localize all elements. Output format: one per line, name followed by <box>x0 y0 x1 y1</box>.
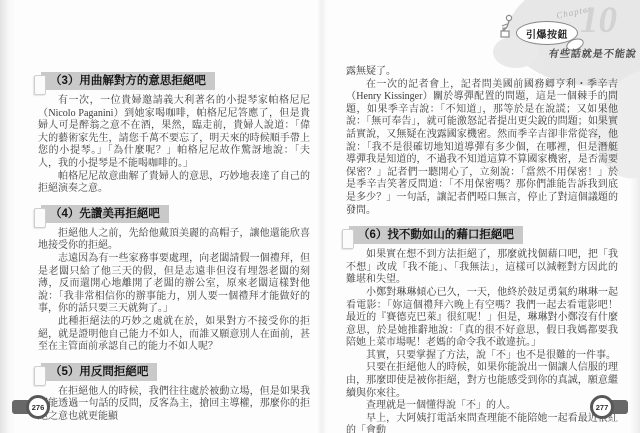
series-title-label: 引爆按鈕 <box>526 26 568 41</box>
paragraph: 小鄭對琳琳傾心已久，一天，他終於鼓足勇氣約琳琳一起看電影：「妳這個禮拜六晚上有空… <box>346 287 618 350</box>
paragraph: 如果實在想不到方法拒絕了，那麼就找個藉口吧，把「我不想」改成「我不能」、「我無法… <box>346 249 618 287</box>
chapter-title: 有些話就是不能說 <box>548 45 638 60</box>
page-number: 277 <box>590 395 614 419</box>
detonator-figure-icon <box>498 14 518 45</box>
continuation-line: 露無疑了。 <box>346 66 618 79</box>
section-heading-6: （6）找不動如山的藉口拒絕吧 <box>349 226 523 244</box>
right-page-text-column: 露無疑了。 在一次的記者會上，記者問美國前國務卿亨利・季辛吉（Henry Kis… <box>346 66 618 433</box>
page-number-badge-right: 277 <box>578 395 628 419</box>
left-page-text-column: （3）用曲解對方的意思拒絕吧 有一次，一位貴婦邀請義大利著名的小提琴家帕格尼尼（… <box>38 68 310 423</box>
paragraph: 其實，只要掌握了方法，說「不」也不是很難的一件事。 <box>346 350 618 363</box>
chapter-number: 10 <box>580 2 617 39</box>
page-number-badge-left: 276 <box>12 395 62 419</box>
paragraph: 帕格尼尼故意曲解了貴婦人的意思，巧妙地表達了自己的拒絕演奏之意。 <box>38 171 310 196</box>
section-heading-5: （5）用反問拒絕吧 <box>41 363 157 381</box>
paragraph: 有一次，一位貴婦邀請義大利著名的小提琴家帕格尼尼（Nicolo Paganini… <box>38 95 310 171</box>
series-title-bubble: 引爆按鈕 <box>516 21 578 45</box>
section-heading-3: （3）用曲解對方的意思拒絕吧 <box>41 72 215 90</box>
paragraph: 在拒絕他人的時候，我們往往處於被動立場，但是如果我們能透過一句話的反問，反客為主… <box>38 386 310 424</box>
paragraph: 在一次的記者會上，記者問美國前國務卿亨利・季辛吉（Henry Kissinger… <box>346 79 618 218</box>
page-number: 276 <box>26 395 50 419</box>
page-left-edge-shadow <box>0 0 16 433</box>
paragraph: 此種拒絕法的巧妙之處就在於，如果對方不接受你的拒絕，就是證明他自己能力不如人，而… <box>38 316 310 354</box>
section-heading-4: （4）先讚美再拒絕吧 <box>41 205 169 223</box>
paragraph: 志遠因為有一些家務事要處理，向老闆請假一個禮拜，但是老闆只給了他三天的假，但是志… <box>38 253 310 316</box>
paragraph: 拒絕他人之前，先給他戴頂美麗的高帽子，讓他還能欣喜地接受你的拒絕。 <box>38 228 310 253</box>
book-gutter-shadow <box>317 0 327 433</box>
